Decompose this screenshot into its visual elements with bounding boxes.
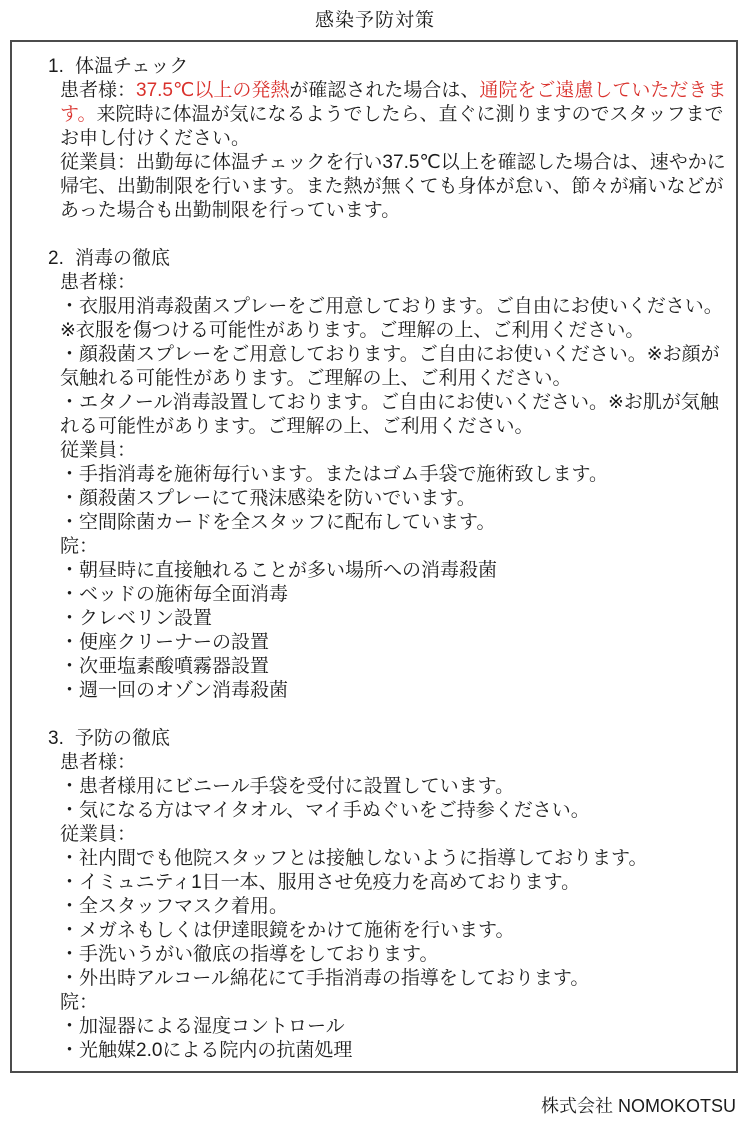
section-title: 体温チェック [75, 55, 188, 79]
text-run: ・患者様用にビニール手袋を受付に設置しています。 [60, 776, 514, 797]
section: 3. 予防の徹底 患者様：・患者様用にビニール手袋を受付に設置しています。・気に… [48, 727, 728, 1063]
text-run: ・クレベリン設置 [60, 608, 212, 629]
section-heading: 3. 予防の徹底 [48, 727, 728, 751]
paragraph: 患者様： [60, 271, 728, 295]
paragraph: ・全スタッフマスク着用。 [60, 895, 728, 919]
paragraph: ・空間除菌カードを全スタッフに配布しています。 [60, 511, 728, 535]
section-number: 1. [48, 55, 75, 79]
paragraph: ・イミュニティ1日一本、服用させ免疫力を高めております。 [60, 871, 728, 895]
paragraph: 院： [60, 991, 728, 1015]
section-title: 消毒の徹底 [75, 247, 170, 271]
text-run: が確認された場合は、 [289, 80, 479, 101]
paragraph: 従業員： [60, 823, 728, 847]
text-run: ・手洗いうがい徹底の指導をしております。 [60, 944, 438, 965]
text-run: ・エタノール消毒設置しております。ご自由にお使いください。※お肌が気触れる可能性… [60, 392, 719, 437]
section-title: 予防の徹底 [75, 727, 170, 751]
text-run: ・イミュニティ1日一本、服用させ免疫力を高めております。 [60, 872, 580, 893]
text-run: 来院時に体温が気になるようでしたら、直ぐに測りますのでスタッフまでお申し付けくだ… [60, 104, 724, 149]
paragraph: ・外出時アルコール綿花にて手指消毒の指導をしております。 [60, 967, 728, 991]
text-run: ・手指消毒を施術毎行います。またはゴム手袋で施術致します。 [60, 464, 608, 485]
paragraph: 患者様：37.5℃以上の発熱が確認された場合は、通院をご遠慮していただきます。来… [60, 79, 728, 151]
text-run: ・朝昼時に直接触れることが多い場所への消毒殺菌 [60, 560, 497, 581]
content-box: 1. 体温チェック 患者様：37.5℃以上の発熱が確認された場合は、通院をご遠慮… [10, 40, 738, 1073]
section-heading: 2. 消毒の徹底 [48, 247, 728, 271]
page-title: 感染予防対策 [0, 8, 750, 34]
company-name: 株式会社 NOMOKOTSU [541, 1094, 736, 1118]
text-run: 従業員：出勤毎に体温チェックを行い37.5℃以上を確認した場合は、速やかに帰宅、… [60, 152, 726, 221]
text-run: ・空間除菌カードを全スタッフに配布しています。 [60, 512, 495, 533]
section-body: 患者様：・衣服用消毒殺菌スプレーをご用意しております。ご自由にお使いください。 … [60, 271, 728, 703]
text-run: 患者様： [60, 80, 136, 101]
paragraph: 患者様： [60, 751, 728, 775]
paragraph: ・ベッドの施術毎全面消毒 [60, 583, 728, 607]
text-run: ・全スタッフマスク着用。 [60, 896, 288, 917]
paragraph: 院： [60, 535, 728, 559]
text-run: ・次亜塩素酸噴霧器設置 [60, 656, 269, 677]
paragraph: ・クレベリン設置 [60, 607, 728, 631]
paragraph: 従業員： [60, 439, 728, 463]
paragraph: ・社内間でも他院スタッフとは接触しないように指導しております。 [60, 847, 728, 871]
paragraph: ・便座クリーナーの設置 [60, 631, 728, 655]
text-run: ・気になる方はマイタオル、マイ手ぬぐいをご持参ください。 [60, 800, 590, 821]
text-run: 院： [60, 536, 98, 557]
text-run: ・顔殺菌スプレーにて飛沫感染を防いでいます。 [60, 488, 476, 509]
text-run: 従業員： [60, 824, 136, 845]
text-run: ・加湿器による湿度コントロール [60, 1016, 345, 1037]
section-heading: 1. 体温チェック [48, 55, 728, 79]
section: 1. 体温チェック 患者様：37.5℃以上の発熱が確認された場合は、通院をご遠慮… [48, 55, 728, 223]
paragraph: ・気になる方はマイタオル、マイ手ぬぐいをご持参ください。 [60, 799, 728, 823]
text-run: ・外出時アルコール綿花にて手指消毒の指導をしております。 [60, 968, 589, 989]
section-body: 患者様：・患者様用にビニール手袋を受付に設置しています。・気になる方はマイタオル… [60, 751, 728, 1063]
text-run: ・顔殺菌スプレーをご用意しております。ご自由にお使いください。※お顔が気触れる可… [60, 344, 720, 389]
paragraph: 従業員：出勤毎に体温チェックを行い37.5℃以上を確認した場合は、速やかに帰宅、… [60, 151, 728, 223]
paragraph: ・加湿器による湿度コントロール [60, 1015, 728, 1039]
paragraph: ・手洗いうがい徹底の指導をしております。 [60, 943, 728, 967]
paragraph: ・衣服用消毒殺菌スプレーをご用意しております。ご自由にお使いください。 ※衣服を… [60, 295, 728, 343]
text-run: ・週一回のオゾン消毒殺菌 [60, 680, 288, 701]
text-run: 患者様： [60, 752, 136, 773]
paragraph: ・手指消毒を施術毎行います。またはゴム手袋で施術致します。 [60, 463, 728, 487]
text-run: ・社内間でも他院スタッフとは接触しないように指導しております。 [60, 848, 647, 869]
text-run: ・メガネもしくは伊達眼鏡をかけて施術を行います。 [60, 920, 514, 941]
paragraph: ・次亜塩素酸噴霧器設置 [60, 655, 728, 679]
paragraph: ・顔殺菌スプレーにて飛沫感染を防いでいます。 [60, 487, 728, 511]
text-run: ・便座クリーナーの設置 [60, 632, 269, 653]
section: 2. 消毒の徹底 患者様：・衣服用消毒殺菌スプレーをご用意しております。ご自由に… [48, 247, 728, 703]
highlight-red-text: 37.5℃以上の発熱 [136, 80, 289, 101]
paragraph: ・エタノール消毒設置しております。ご自由にお使いください。※お肌が気触れる可能性… [60, 391, 728, 439]
section-number: 2. [48, 247, 75, 271]
paragraph: ・光触媒2.0による院内の抗菌処理 [60, 1039, 728, 1063]
paragraph: ・週一回のオゾン消毒殺菌 [60, 679, 728, 703]
paragraph: ・顔殺菌スプレーをご用意しております。ご自由にお使いください。※お顔が気触れる可… [60, 343, 728, 391]
text-run: ・衣服用消毒殺菌スプレーをご用意しております。ご自由にお使いください。 ※衣服を… [60, 296, 723, 341]
paragraph: ・メガネもしくは伊達眼鏡をかけて施術を行います。 [60, 919, 728, 943]
paragraph: ・朝昼時に直接触れることが多い場所への消毒殺菌 [60, 559, 728, 583]
text-run: 従業員： [60, 440, 136, 461]
text-run: ・ベッドの施術毎全面消毒 [60, 584, 288, 605]
text-run: 院： [60, 992, 98, 1013]
text-run: 患者様： [60, 272, 136, 293]
section-number: 3. [48, 727, 75, 751]
section-list: 1. 体温チェック 患者様：37.5℃以上の発熱が確認された場合は、通院をご遠慮… [48, 55, 728, 1063]
section-body: 患者様：37.5℃以上の発熱が確認された場合は、通院をご遠慮していただきます。来… [60, 79, 728, 223]
paragraph: ・患者様用にビニール手袋を受付に設置しています。 [60, 775, 728, 799]
text-run: ・光触媒2.0による院内の抗菌処理 [60, 1040, 352, 1061]
